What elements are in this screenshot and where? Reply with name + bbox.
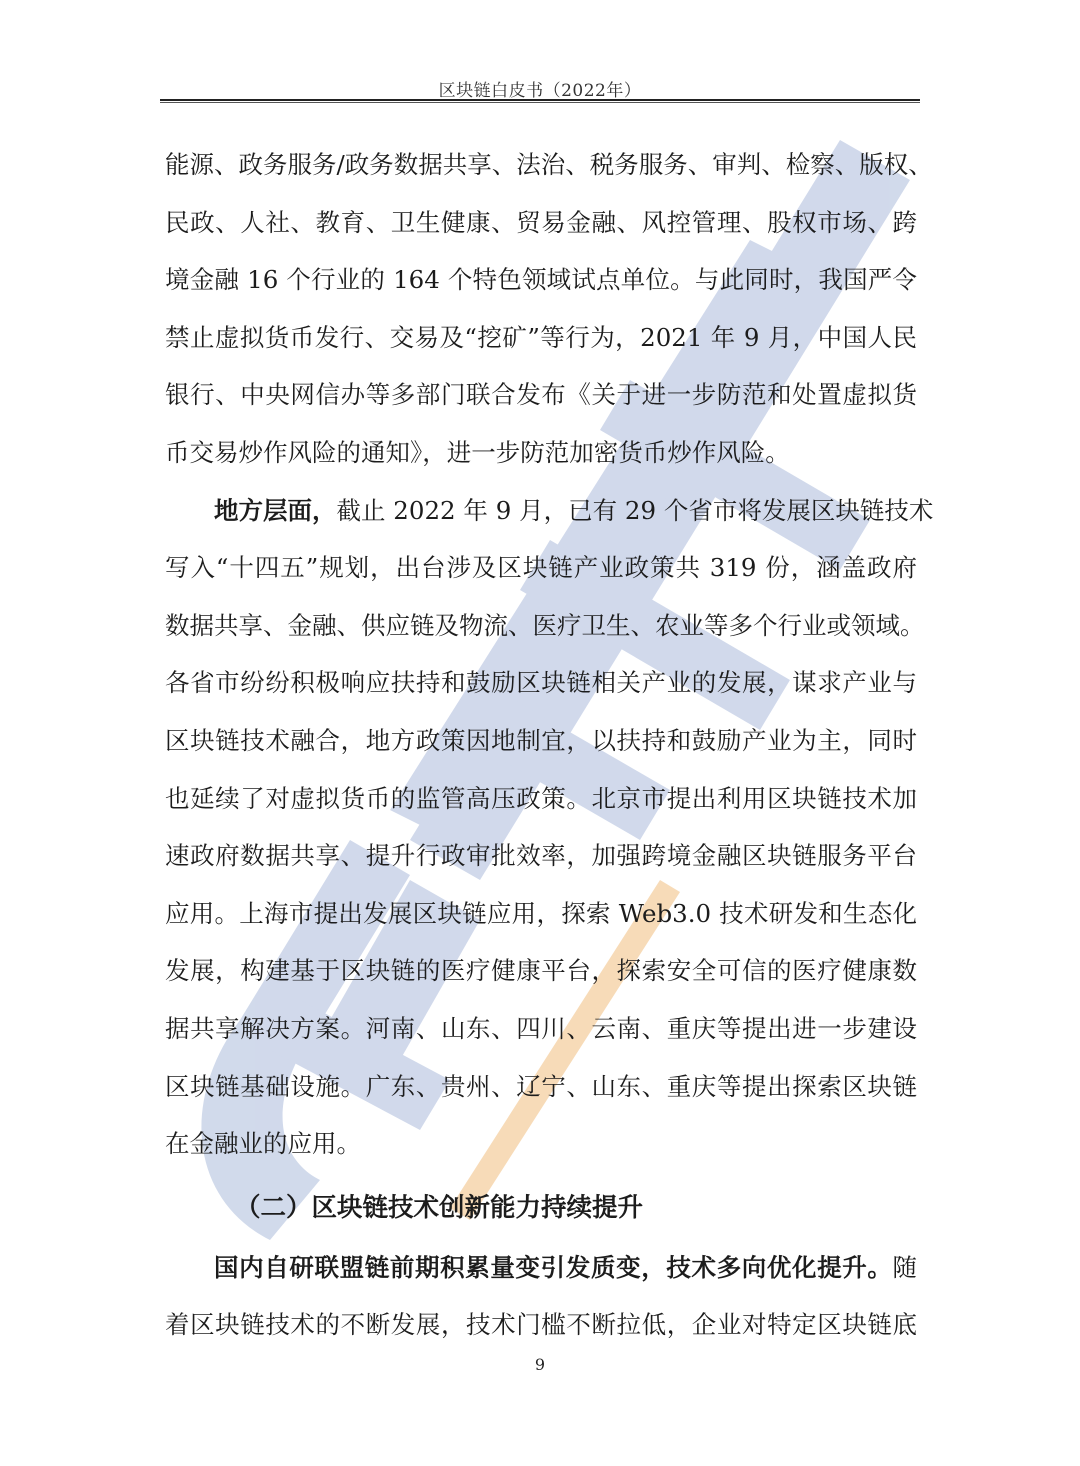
header-divider bbox=[160, 99, 920, 101]
text-line: 币交易炒作风险的通知》，进一步防范加密货币炒作风险。 bbox=[165, 424, 917, 482]
text-line: 着区块链技术的不断发展，技术门槛不断拉低，企业对特定区块链底 bbox=[165, 1296, 917, 1354]
header-divider-thin bbox=[160, 102, 920, 103]
text-line: 区块链技术融合，地方政策因地制宜，以扶持和鼓励产业为主，同时 bbox=[165, 712, 917, 770]
text-line: 应用。上海市提出发展区块链应用，探索 Web3.0 技术研发和生态化 bbox=[165, 885, 917, 943]
text-line: 银行、中央网信办等多部门联合发布《关于进一步防范和处置虚拟货 bbox=[165, 366, 917, 424]
text-fragment: 截止 2022 年 9 月，已有 29 个省市将发展区块链技术 bbox=[337, 496, 934, 525]
text-line: 发展，构建基于区块链的医疗健康平台，探索安全可信的医疗健康数 bbox=[165, 942, 917, 1000]
text-line: 禁止虚拟货币发行、交易及“挖矿”等行为，2021 年 9 月，中国人民 bbox=[165, 309, 917, 367]
text-line: 也延续了对虚拟货币的监管高压政策。北京市提出利用区块链技术加 bbox=[165, 770, 917, 828]
paragraph-pilot-units: 能源、政务服务/政务数据共享、法治、税务服务、审判、检察、版权、 民政、人社、教… bbox=[165, 136, 917, 482]
section-heading: （二）区块链技术创新能力持续提升 bbox=[165, 1177, 917, 1239]
text-line-lead: 国内自研联盟链前期积累量变引发质变，技术多向优化提升。随 bbox=[165, 1239, 917, 1297]
text-line: 民政、人社、教育、卫生健康、贸易金融、风控管理、股权市场、跨 bbox=[165, 194, 917, 252]
text-line: 境金融 16 个行业的 164 个特色领域试点单位。与此同时，我国严令 bbox=[165, 251, 917, 309]
paragraph-lead-bold: 地方层面， bbox=[214, 496, 337, 525]
text-line: 能源、政务服务/政务数据共享、法治、税务服务、审判、检察、版权、 bbox=[165, 136, 917, 194]
page-number: 9 bbox=[0, 1355, 1080, 1374]
text-line: 写入“十四五”规划，出台涉及区块链产业政策共 319 份，涵盖政府 bbox=[165, 539, 917, 597]
text-line: 据共享解决方案。河南、山东、四川、云南、重庆等提出进一步建设 bbox=[165, 1000, 917, 1058]
running-header-title: 区块链白皮书（2022年） bbox=[0, 76, 1080, 101]
paragraph-lead-bold: 国内自研联盟链前期积累量变引发质变，技术多向优化提升。 bbox=[214, 1253, 893, 1282]
text-line-lead: 地方层面，截止 2022 年 9 月，已有 29 个省市将发展区块链技术 bbox=[165, 482, 917, 540]
document-body: 能源、政务服务/政务数据共享、法治、税务服务、审判、检察、版权、 民政、人社、教… bbox=[165, 136, 917, 1354]
text-fragment: 随 bbox=[893, 1253, 918, 1282]
text-line: 区块链基础设施。广东、贵州、辽宁、山东、重庆等提出探索区块链 bbox=[165, 1058, 917, 1116]
text-line: 速政府数据共享、提升行政审批效率，加强跨境金融区块链服务平台 bbox=[165, 827, 917, 885]
paragraph-tech-innovation: 国内自研联盟链前期积累量变引发质变，技术多向优化提升。随 着区块链技术的不断发展… bbox=[165, 1239, 917, 1354]
text-line: 各省市纷纷积极响应扶持和鼓励区块链相关产业的发展，谋求产业与 bbox=[165, 654, 917, 712]
paragraph-local-level: 地方层面，截止 2022 年 9 月，已有 29 个省市将发展区块链技术 写入“… bbox=[165, 482, 917, 1173]
text-line: 在金融业的应用。 bbox=[165, 1115, 917, 1173]
text-line: 数据共享、金融、供应链及物流、医疗卫生、农业等多个行业或领域。 bbox=[165, 597, 917, 655]
